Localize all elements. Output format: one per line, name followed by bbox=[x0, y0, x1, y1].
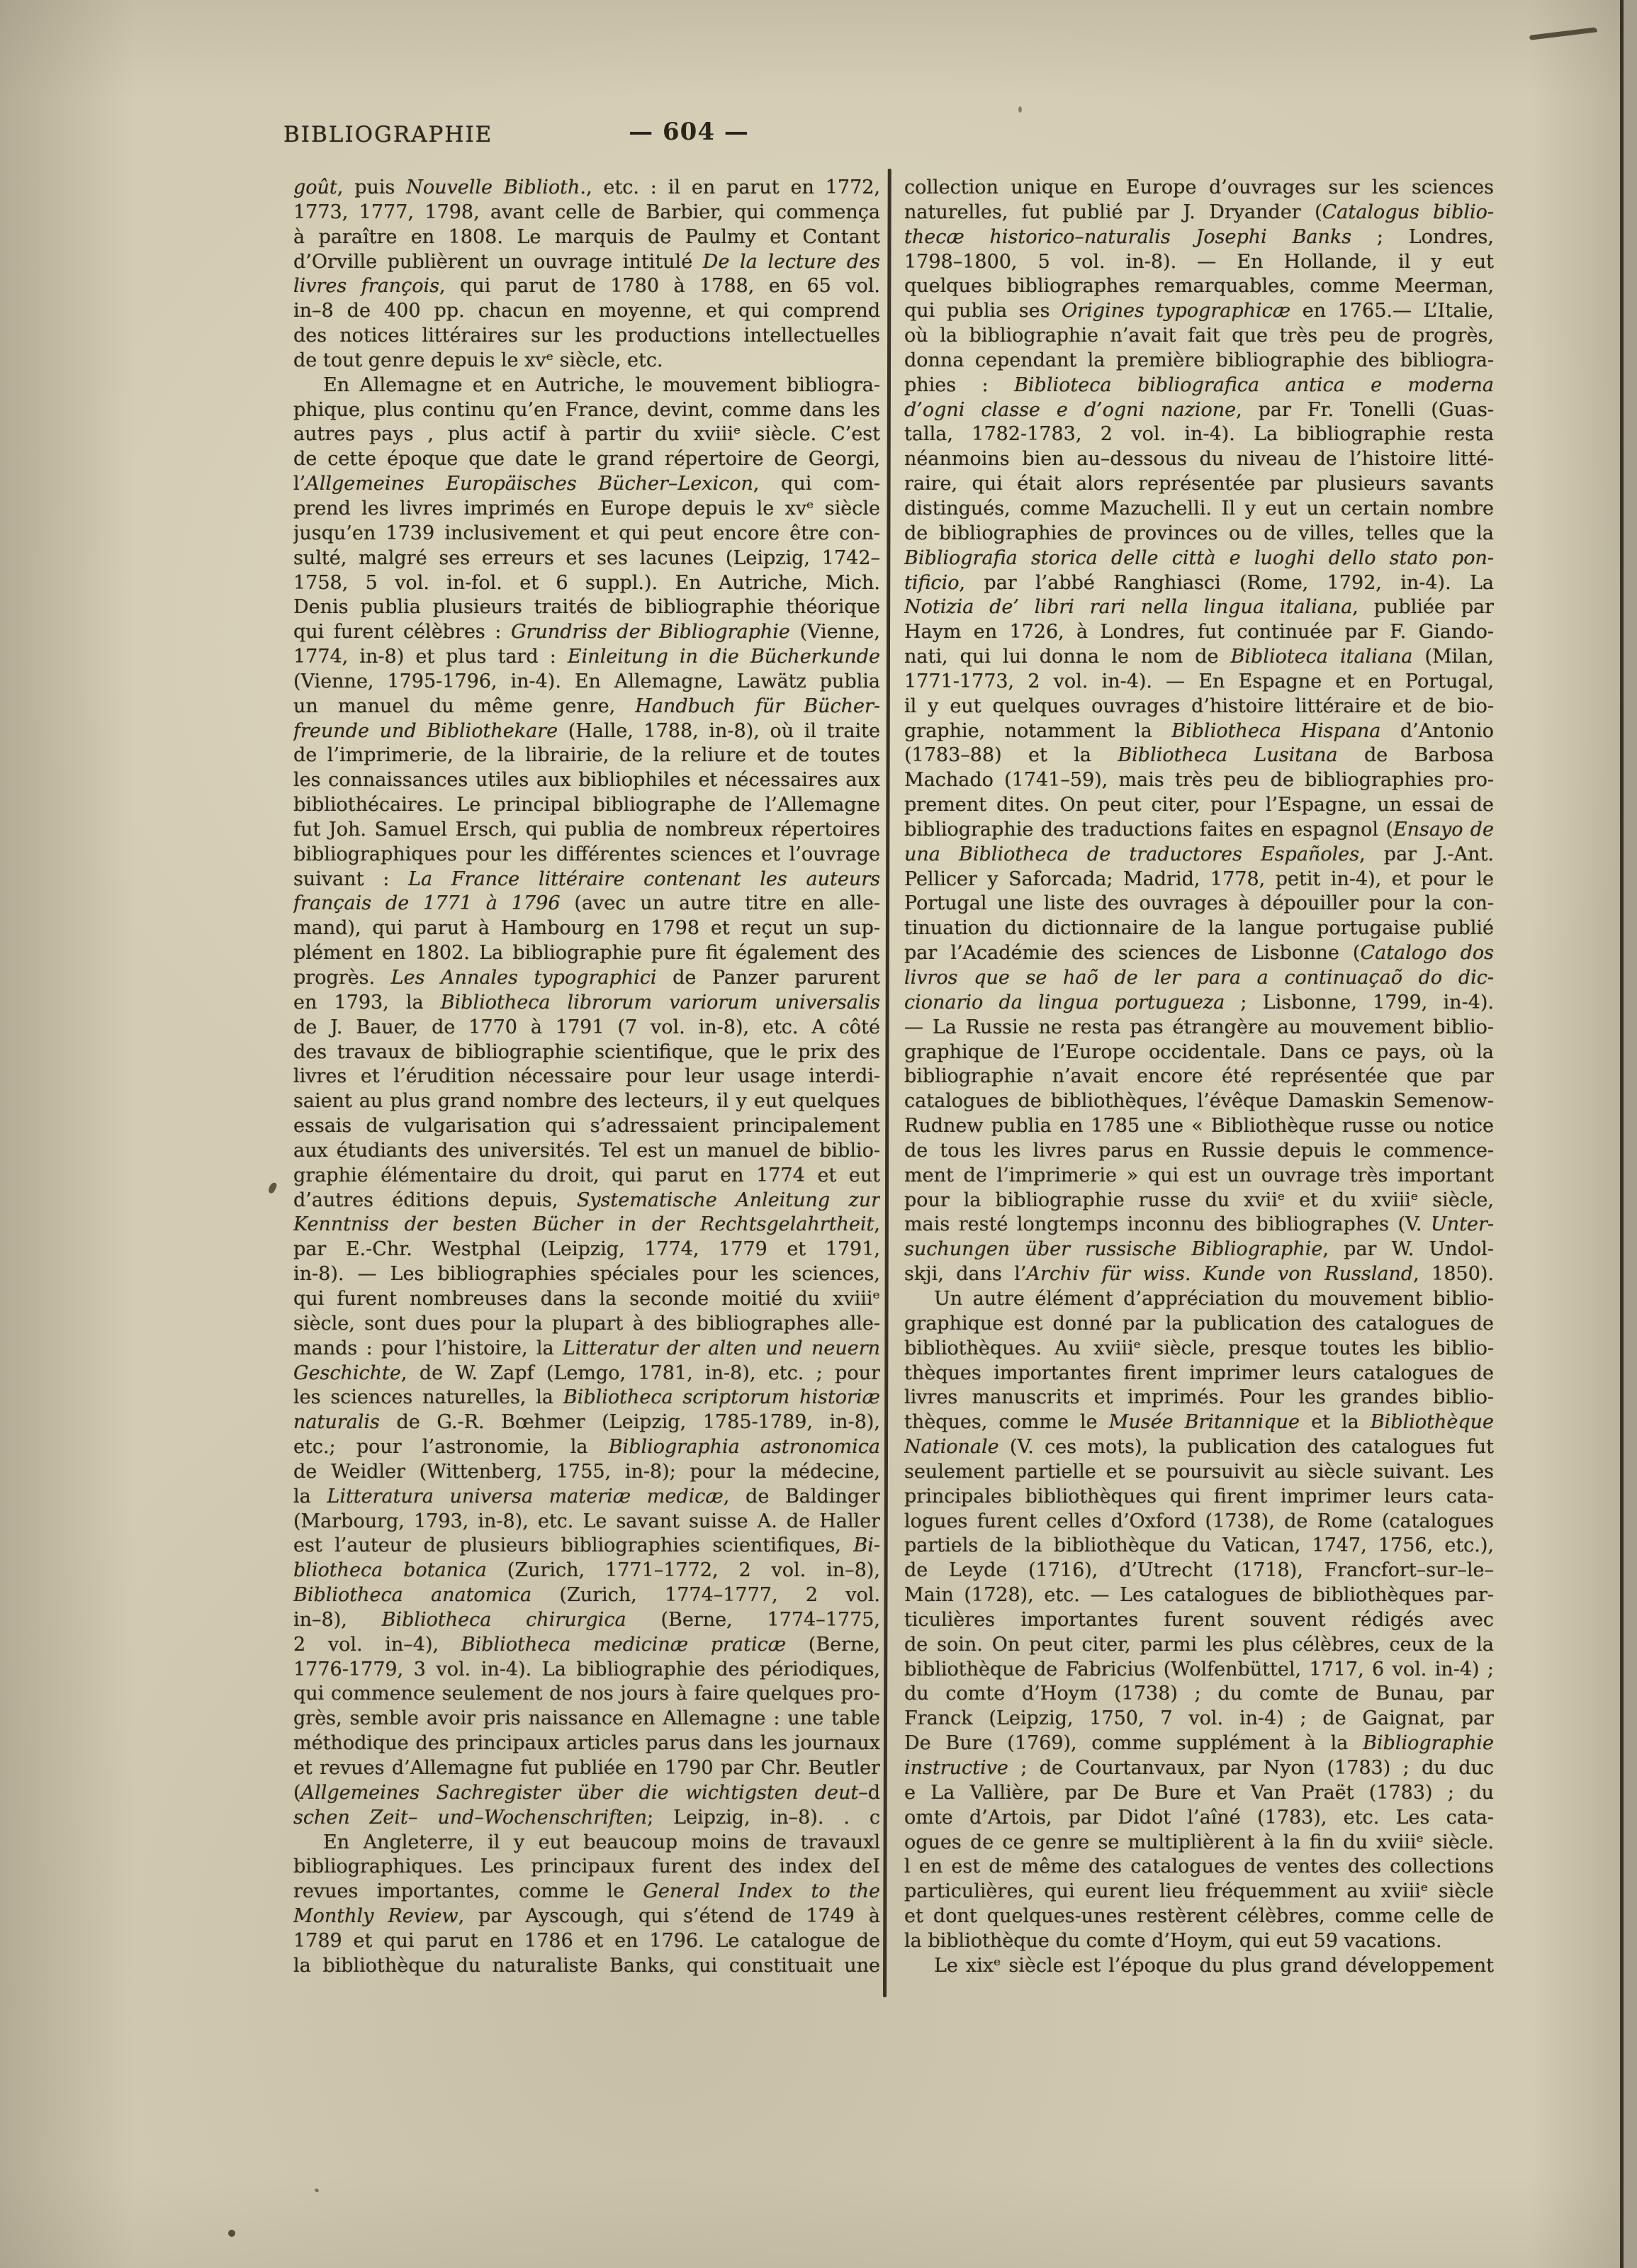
text-line: d’Orville publièrent un ouvrage intitulé… bbox=[293, 250, 880, 275]
text-line: bibliographie des traductions faites en … bbox=[904, 818, 1494, 843]
text-line: principales bibliothèques qui firent imp… bbox=[904, 1485, 1494, 1510]
text-line: Kenntniss der besten Bücher in der Recht… bbox=[293, 1213, 880, 1237]
text-line: grès, semble avoir pris naissance en All… bbox=[293, 1707, 880, 1731]
text-line: graphie élémentaire du droit, qui parut … bbox=[293, 1164, 880, 1189]
text-line: siècle, sont dues pour la plupart à des … bbox=[293, 1312, 880, 1337]
text-line: De Bure (1769), comme supplément à la Bi… bbox=[904, 1731, 1494, 1756]
text-line: in–8 de 400 pp. chacun en moyenne, et qu… bbox=[293, 299, 880, 324]
ink-mark bbox=[267, 1181, 278, 1194]
text-line: thèques, comme le Musée Britannique et l… bbox=[904, 1410, 1494, 1435]
text-line: français de 1771 à 1796 (avec un autre t… bbox=[293, 892, 880, 916]
text-line: Nationale (V. ces mots), la publication … bbox=[904, 1435, 1494, 1460]
text-line: Bibliotheca anatomica (Zurich, 1774–1777… bbox=[293, 1583, 880, 1608]
text-line: du comte d’Hoym (1738) ; du comte de Bun… bbox=[904, 1682, 1494, 1707]
text-line: in–8), Bibliotheca chirurgica (Berne, 17… bbox=[293, 1608, 880, 1633]
text-line: livres et l’érudition nécessaire pour le… bbox=[293, 1065, 880, 1089]
text-line: logues furent celles d’Oxford (1738), de… bbox=[904, 1510, 1494, 1534]
text-line: les sciences naturelles, la Bibliotheca … bbox=[293, 1386, 880, 1410]
text-line: qui furent nombreuses dans la seconde mo… bbox=[293, 1287, 880, 1312]
text-line: 1789 et qui parut en 1786 et en 1796. Le… bbox=[293, 1929, 880, 1954]
text-line: et dont quelques-unes restèrent célèbres… bbox=[904, 1904, 1494, 1929]
text-line: livres manuscrits et imprimés. Pour les … bbox=[904, 1386, 1494, 1410]
text-line: suchungen über russische Bibliographie, … bbox=[904, 1237, 1494, 1262]
text-line: progrès. Les Annales typographici de Pan… bbox=[293, 966, 880, 991]
text-line: néanmoins bien au–dessous du niveau de l… bbox=[904, 447, 1494, 472]
text-line: de soin. On peut citer, parmi les plus c… bbox=[904, 1633, 1494, 1658]
text-line: bibliographiques pour les différentes sc… bbox=[293, 843, 880, 868]
text-line: graphique est donné par la publication d… bbox=[904, 1312, 1494, 1337]
text-line: ment de l’imprimerie » qui est un ouvrag… bbox=[904, 1164, 1494, 1189]
text-line: un manuel du même genre, Handbuch für Bü… bbox=[293, 695, 880, 719]
text-line: goût, puis Nouvelle Biblioth., etc. : il… bbox=[293, 176, 880, 201]
text-line: una Bibliotheca de traductores Españoles… bbox=[904, 843, 1494, 868]
text-line: thèques importantes firent imprimer leur… bbox=[904, 1362, 1494, 1386]
text-line: sulté, malgré ses erreurs et ses lacunes… bbox=[293, 546, 880, 571]
text-line: donna cependant la première bibliographi… bbox=[904, 349, 1494, 374]
left-column: goût, puis Nouvelle Biblioth., etc. : il… bbox=[293, 176, 880, 1984]
text-line: naturalis de G.-R. Bœhmer (Leipzig, 1785… bbox=[293, 1410, 880, 1435]
text-line: graphique de l’Europe occidentale. Dans … bbox=[904, 1040, 1494, 1065]
text-line: ticulières importantes furent souvent ré… bbox=[904, 1608, 1494, 1633]
text-line: Bibliografia storica delle città e luogh… bbox=[904, 546, 1494, 571]
text-line: collection unique en Europe d’ouvrages s… bbox=[904, 176, 1494, 201]
text-line: l’Allgemeines Europäisches Bücher–Lexico… bbox=[293, 472, 880, 497]
text-line: par l’Académie des sciences de Lisbonne … bbox=[904, 941, 1494, 966]
text-line: Machado (1741–59), mais très peu de bibl… bbox=[904, 768, 1494, 793]
pencil-mark bbox=[1529, 27, 1597, 40]
text-line: Monthly Review, par Ayscough, qui s’éten… bbox=[293, 1904, 880, 1929]
text-line: pour la bibliographie russe du xviiᵉ et … bbox=[904, 1189, 1494, 1213]
text-line: en 1793, la Bibliotheca librorum varioru… bbox=[293, 991, 880, 1016]
text-line: naturelles, fut publié par J. Dryander (… bbox=[904, 201, 1494, 225]
text-line: de tout genre depuis le xvᵉ siècle, etc. bbox=[293, 349, 880, 374]
text-line: de bibliographies de provinces ou de vil… bbox=[904, 522, 1494, 546]
text-line: — La Russie ne resta pas étrangère au mo… bbox=[904, 1016, 1494, 1040]
text-line: Geschichte, de W. Zapf (Lemgo, 1781, in-… bbox=[293, 1362, 880, 1386]
text-line: plément en 1802. La bibliographie pure f… bbox=[293, 941, 880, 966]
page-number: — 604 — bbox=[604, 118, 774, 146]
text-line: bibliothèques. Au xviiiᵉ siècle, presque… bbox=[904, 1337, 1494, 1362]
text-line: qui commence seulement de nos jours à fa… bbox=[293, 1682, 880, 1707]
text-line: 1773, 1777, 1798, avant celle de Barbier… bbox=[293, 201, 880, 225]
text-line: 2 vol. in–4), Bibliotheca medicinæ prati… bbox=[293, 1633, 880, 1658]
text-line: (Allgemeines Sachregister über die wicht… bbox=[293, 1781, 880, 1806]
text-line: saient au plus grand nombre des lecteurs… bbox=[293, 1089, 880, 1114]
text-line: phique, plus continu qu’en France, devin… bbox=[293, 398, 880, 423]
text-line: etc.; pour l’astronomie, la Bibliographi… bbox=[293, 1435, 880, 1460]
text-line: Main (1728), etc. — Les catalogues de bi… bbox=[904, 1583, 1494, 1608]
text-line: de tous les livres parus en Russie depui… bbox=[904, 1139, 1494, 1164]
text-line: d’autres éditions depuis, Systematische … bbox=[293, 1189, 880, 1213]
text-line: la Litteratura universa materiæ medicæ, … bbox=[293, 1485, 880, 1510]
text-line: in-8). — Les bibliographies spéciales po… bbox=[293, 1262, 880, 1287]
ink-speck bbox=[228, 2230, 235, 2237]
text-line: livros que se haõ de ler para a continua… bbox=[904, 966, 1494, 991]
text-line: schen Zeit– und–Wochenschriften; Leipzig… bbox=[293, 1806, 880, 1831]
text-line: bibliographiques. Les principaux furent … bbox=[293, 1855, 880, 1880]
column-divider-rule bbox=[883, 169, 891, 1997]
text-line: En Angleterre, il y eut beaucoup moins d… bbox=[293, 1831, 880, 1856]
text-line: Notizia de’ libri rari nella lingua ital… bbox=[904, 595, 1494, 620]
text-line: freunde und Bibliothekare (Halle, 1788, … bbox=[293, 719, 880, 744]
text-line: de Weidler (Wittenberg, 1755, in-8); pou… bbox=[293, 1460, 880, 1485]
text-line: seulement partielle et se poursuivit au … bbox=[904, 1460, 1494, 1485]
text-line: (1783–88) et la Bibliotheca Lusitana de … bbox=[904, 743, 1494, 768]
text-line: méthodique des principaux articles parus… bbox=[293, 1731, 880, 1756]
text-line: talla, 1782-1783, 2 vol. in-4). La bibli… bbox=[904, 422, 1494, 447]
text-line: Un autre élément d’appréciation du mouve… bbox=[904, 1287, 1494, 1312]
text-line: raire, qui était alors représentée par p… bbox=[904, 472, 1494, 497]
text-line: quelques bibliographes remarquables, com… bbox=[904, 274, 1494, 299]
text-line: par E.-Chr. Westphal (Leipzig, 1774, 177… bbox=[293, 1237, 880, 1262]
text-line: omte d’Artois, par Didot l’aîné (1783), … bbox=[904, 1806, 1494, 1831]
ink-speck bbox=[314, 2188, 320, 2194]
text-line: Denis publia plusieurs traités de biblio… bbox=[293, 595, 880, 620]
text-line: 1774, in-8) et plus tard : Einleitung in… bbox=[293, 645, 880, 670]
text-line: d’ogni classe e d’ogni nazione, par Fr. … bbox=[904, 398, 1494, 423]
text-line: 1771-1773, 2 vol. in-4). — En Espagne et… bbox=[904, 670, 1494, 695]
text-line: bibliothèque de Fabricius (Wolfenbüttel,… bbox=[904, 1658, 1494, 1683]
text-line: de cette époque que date le grand répert… bbox=[293, 447, 880, 472]
text-line: tinuation du dictionnaire de la langue p… bbox=[904, 916, 1494, 941]
text-line: 1798–1800, 5 vol. in-8). — En Hollande, … bbox=[904, 250, 1494, 275]
text-line: cionario da lingua portugueza ; Lisbonne… bbox=[904, 991, 1494, 1016]
text-line: où la bibliographie n’avait fait que trè… bbox=[904, 324, 1494, 349]
text-line: Pellicer y Saforcada; Madrid, 1778, peti… bbox=[904, 868, 1494, 892]
text-line: Le xixᵉ siècle est l’époque du plus gran… bbox=[904, 1954, 1494, 1979]
text-line: thecæ historico–naturalis Josephi Banks … bbox=[904, 225, 1494, 250]
right-column: collection unique en Europe d’ouvrages s… bbox=[904, 176, 1494, 1984]
text-line: Franck (Leipzig, 1750, 7 vol. in-4) ; de… bbox=[904, 1707, 1494, 1731]
text-line: Haym en 1726, à Londres, fut continuée p… bbox=[904, 620, 1494, 645]
text-line: En Allemagne et en Autriche, le mouvemen… bbox=[293, 374, 880, 398]
text-line: tificio, par l’abbé Ranghiasci (Rome, 17… bbox=[904, 571, 1494, 596]
text-line: 1758, 5 vol. in-fol. et 6 suppl.). En Au… bbox=[293, 571, 880, 596]
text-line: à paraître en 1808. Le marquis de Paulmy… bbox=[293, 225, 880, 250]
text-line: bibliographie n’avait encore été représe… bbox=[904, 1065, 1494, 1089]
text-line: suivant : La France littéraire contenant… bbox=[293, 868, 880, 892]
running-title: BIBLIOGRAPHIE bbox=[283, 122, 493, 147]
page-edge-strip bbox=[1624, 0, 1637, 2268]
text-line: prement dites. On peut citer, pour l’Esp… bbox=[904, 793, 1494, 818]
text-line: autres pays , plus actif à partir du xvi… bbox=[293, 422, 880, 447]
page-edge-line bbox=[1620, 0, 1624, 2268]
text-line: Portugal une liste des ouvrages à dépoui… bbox=[904, 892, 1494, 916]
text-line: la bibliothèque du naturaliste Banks, qu… bbox=[293, 1954, 880, 1979]
text-line: des notices littéraires sur les producti… bbox=[293, 324, 880, 349]
text-line: ogues de ce genre se multiplièrent à la … bbox=[904, 1831, 1494, 1856]
text-line: revues importantes, comme le General Ind… bbox=[293, 1880, 880, 1904]
text-line: de Leyde (1716), d’Utrecht (1718), Franc… bbox=[904, 1559, 1494, 1583]
ink-speck bbox=[1018, 106, 1022, 113]
text-line: de J. Bauer, de 1770 à 1791 (7 vol. in-8… bbox=[293, 1016, 880, 1040]
text-line: des travaux de bibliographie scientifiqu… bbox=[293, 1040, 880, 1065]
text-line: de l’imprimerie, de la librairie, de la … bbox=[293, 743, 880, 768]
text-line: nati, qui lui donna le nom de Biblioteca… bbox=[904, 645, 1494, 670]
text-line: et revues d’Allemagne fut publiée en 179… bbox=[293, 1756, 880, 1781]
text-line: prend les livres imprimés en Europe depu… bbox=[293, 497, 880, 522]
text-line: jusqu’en 1739 inclusivement et qui peut … bbox=[293, 522, 880, 546]
text-line: partiels de la bibliothèque du Vatican, … bbox=[904, 1534, 1494, 1559]
text-line: instructive ; de Courtanvaux, par Nyon (… bbox=[904, 1756, 1494, 1781]
text-line: mais resté longtemps inconnu des bibliog… bbox=[904, 1213, 1494, 1237]
text-line: Rudnew publia en 1785 une « Bibliothèque… bbox=[904, 1114, 1494, 1139]
text-line: mands : pour l’histoire, la Litteratur d… bbox=[293, 1337, 880, 1362]
text-line: catalogues de bibliothèques, l’évêque Da… bbox=[904, 1089, 1494, 1114]
scanned-page: BIBLIOGRAPHIE — 604 — goût, puis Nouvell… bbox=[0, 0, 1637, 2268]
text-line: la bibliothèque du comte d’Hoym, qui eut… bbox=[904, 1929, 1494, 1954]
text-line: qui publia ses Origines typographicæ en … bbox=[904, 299, 1494, 324]
text-line: distingués, comme Mazuchelli. Il y eut u… bbox=[904, 497, 1494, 522]
text-line: (Marbourg, 1793, in-8), etc. Le savant s… bbox=[293, 1510, 880, 1534]
text-line: aux étudiants des universités. Tel est u… bbox=[293, 1139, 880, 1164]
text-line: skji, dans l’Archiv für wiss. Kunde von … bbox=[904, 1262, 1494, 1287]
text-line: est l’auteur de plusieurs bibliographies… bbox=[293, 1534, 880, 1559]
text-line: bliotheca botanica (Zurich, 1771–1772, 2… bbox=[293, 1559, 880, 1583]
text-line: 1776-1779, 3 vol. in-4). La bibliographi… bbox=[293, 1658, 880, 1683]
text-line: (Vienne, 1795-1796, in-4). En Allemagne,… bbox=[293, 670, 880, 695]
text-line: bibliothécaires. Le principal bibliograp… bbox=[293, 793, 880, 818]
text-line: qui furent célèbres : Grundriss der Bibl… bbox=[293, 620, 880, 645]
text-line: livres françois, qui parut de 1780 à 178… bbox=[293, 274, 880, 299]
text-line: graphie, notamment la Bibliotheca Hispan… bbox=[904, 719, 1494, 744]
text-line: e La Vallière, par De Bure et Van Praët … bbox=[904, 1781, 1494, 1806]
text-line: mand), qui parut à Hambourg en 1798 et r… bbox=[293, 916, 880, 941]
text-line: fut Joh. Samuel Ersch, qui publia de nom… bbox=[293, 818, 880, 843]
text-line: il y eut quelques ouvrages d’histoire li… bbox=[904, 695, 1494, 719]
text-line: phies : Biblioteca bibliografica antica … bbox=[904, 374, 1494, 398]
text-line: l en est de même des catalogues de vente… bbox=[904, 1855, 1494, 1880]
text-line: les connaissances utiles aux bibliophile… bbox=[293, 768, 880, 793]
text-line: essais de vulgarisation qui s’adressaien… bbox=[293, 1114, 880, 1139]
text-line: particulières, qui eurent lieu fréquemme… bbox=[904, 1880, 1494, 1904]
